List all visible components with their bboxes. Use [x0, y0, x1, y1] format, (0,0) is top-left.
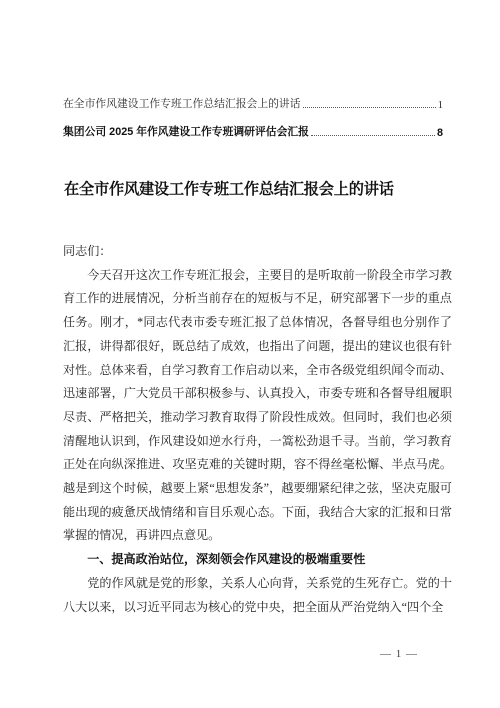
document-title: 在全市作风建设工作专班工作总结汇报会上的讲话	[64, 179, 394, 201]
toc-entry-2[interactable]: 集团公司 2025 年作风建设工作专班调研评估会汇报 8	[63, 124, 443, 139]
toc-page-number: 1	[438, 99, 443, 111]
document-body: 同志们： 今天召开这次工作专班汇报会，主要目的是听取前一阶段全市学习教育工作的进…	[63, 240, 452, 619]
toc-entry-title: 在全市作风建设工作专班工作总结汇报会上的讲话	[63, 96, 301, 111]
toc-entry-title: 集团公司 2025 年作风建设工作专班调研评估会汇报	[63, 124, 309, 139]
toc-dot-leader	[303, 107, 436, 108]
toc-entry-1[interactable]: 在全市作风建设工作专班工作总结汇报会上的讲话 1	[63, 96, 443, 111]
toc-page-number: 8	[437, 127, 443, 139]
table-of-contents: 在全市作风建设工作专班工作总结汇报会上的讲话 1 集团公司 2025 年作风建设…	[63, 96, 443, 152]
footer-page-number: — 1 —	[357, 646, 441, 662]
toc-dot-leader	[311, 135, 435, 136]
section-heading: 一、提高政治站位，深刻领会作风建设的极端重要性	[63, 548, 452, 572]
body-paragraph: 今天召开这次工作专班汇报会，主要目的是听取前一阶段全市学习教育工作的进展情况，分…	[63, 264, 452, 548]
salutation: 同志们：	[63, 240, 452, 264]
body-paragraph: 党的作风就是党的形象，关系人心向背，关系党的生死存亡。党的十八大以来，以习近平同…	[63, 572, 452, 619]
document-page: 在全市作风建设工作专班工作总结汇报会上的讲话 1 集团公司 2025 年作风建设…	[0, 0, 500, 708]
